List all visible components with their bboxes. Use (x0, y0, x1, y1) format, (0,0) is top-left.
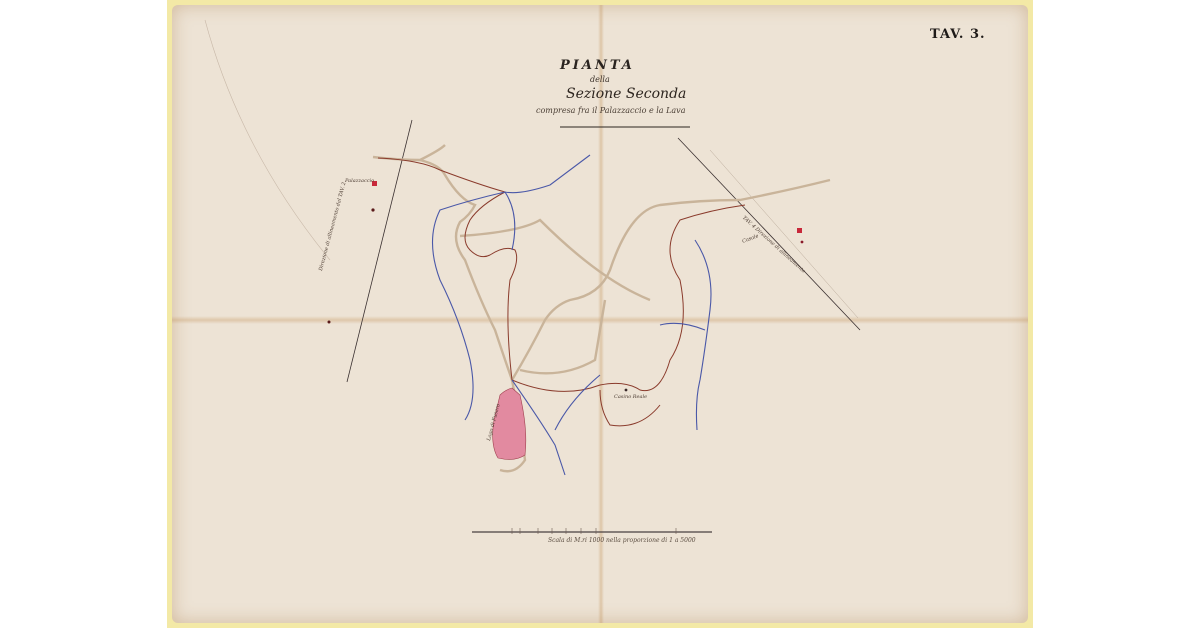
right-alignment-line (678, 138, 860, 330)
section-title: Sezione Seconda (566, 86, 686, 102)
right-building-icon (797, 228, 802, 233)
survey-lines (378, 158, 745, 426)
map-title: PIANTA (560, 58, 635, 73)
center-building-label: Casino Reale (614, 394, 647, 400)
roads (373, 145, 830, 471)
scale-caption: Scala di M.ri 1000 nella proporzione di … (548, 537, 696, 544)
sheet-number: TAV. 3. (930, 27, 986, 42)
faint-arc (205, 20, 330, 260)
left-building-label: Palazzaccio (345, 178, 374, 184)
title-connector: della (590, 75, 610, 84)
lake-shape (493, 388, 526, 459)
title-subtitle: compresa fra il Palazzaccio e la Lava (536, 106, 685, 115)
